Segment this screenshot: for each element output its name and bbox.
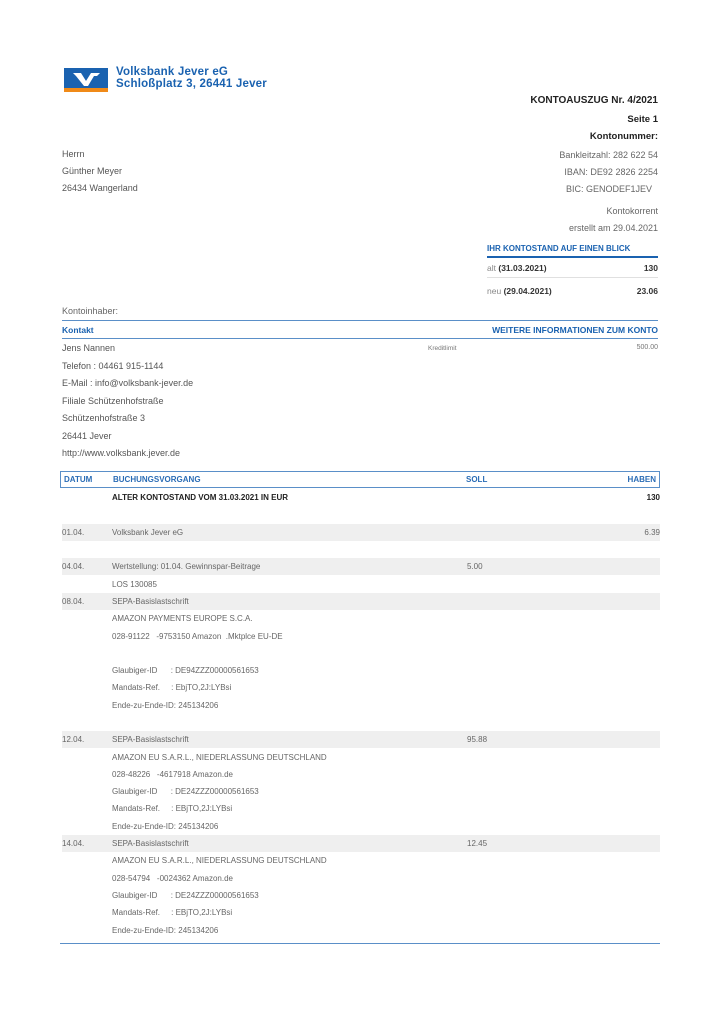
balance-overview-title: IHR KONTOSTAND AUF EINEN BLICK bbox=[487, 244, 658, 258]
account-number-label: Kontonummer: bbox=[590, 131, 658, 142]
row-debit: 95.88 bbox=[467, 735, 487, 744]
recipient-city: 26434 Wangerland bbox=[62, 180, 138, 197]
table-row: Ende-zu-Ende-ID: 245134206 bbox=[62, 921, 660, 938]
row-description: Glaubiger-ID : DE94ZZZ00000561653 bbox=[112, 666, 259, 675]
row-description: ALTER KONTOSTAND VOM 31.03.2021 IN EUR bbox=[112, 493, 288, 502]
table-row: Ende-zu-Ende-ID: 245134206 bbox=[62, 818, 660, 835]
row-description: Volksbank Jever eG bbox=[112, 528, 183, 537]
col-credit: HABEN bbox=[628, 475, 656, 484]
table-row bbox=[62, 645, 660, 662]
table-row: 028-48226 -4617918 Amazon.de bbox=[62, 766, 660, 783]
balance-overview: IHR KONTOSTAND AUF EINEN BLICK alt (31.0… bbox=[487, 244, 658, 300]
table-row: Glaubiger-ID : DE24ZZZ00000561653 bbox=[62, 783, 660, 800]
new-balance-date: (29.04.2021) bbox=[504, 286, 552, 296]
row-date: 01.04. bbox=[62, 528, 84, 537]
contact-website[interactable]: http://www.volksbank.jever.de bbox=[62, 445, 193, 463]
table-row: 028-91122 -9753150 Amazon .Mktplce EU-DE bbox=[62, 627, 660, 644]
credit-limit-value: 500.00 bbox=[637, 344, 658, 351]
table-row: 14.04.SEPA-Basislastschrift12.45 bbox=[62, 835, 660, 852]
contact-branch: Filiale Schützenhofstraße bbox=[62, 393, 193, 411]
old-balance-prefix: alt bbox=[487, 263, 496, 273]
row-description: Mandats-Ref. : EbjTO,2J:LYBsi bbox=[112, 683, 231, 692]
row-description: LOS 130085 bbox=[112, 580, 157, 589]
row-description: Wertstellung: 01.04. Gewinnspar-Beitrage bbox=[112, 562, 260, 571]
old-balance-date: (31.03.2021) bbox=[498, 263, 546, 273]
old-balance-value: 130 bbox=[644, 263, 658, 273]
volksbank-v-icon bbox=[64, 68, 108, 88]
more-info-label: WEITERE INFORMATIONEN ZUM KONTO bbox=[492, 325, 658, 335]
table-row: 04.04.Wertstellung: 01.04. Gewinnspar-Be… bbox=[62, 558, 660, 575]
row-description: 028-48226 -4617918 Amazon.de bbox=[112, 770, 233, 779]
recipient-name: Günther Meyer bbox=[62, 163, 138, 180]
row-date: 08.04. bbox=[62, 597, 84, 606]
new-balance-value: 23.06 bbox=[637, 286, 658, 296]
row-description: SEPA-Basislastschrift bbox=[112, 839, 189, 848]
table-row bbox=[62, 541, 660, 558]
table-row: Mandats-Ref. : EBjTO,2J:LYBsi bbox=[62, 904, 660, 921]
transactions-table-body: ALTER KONTOSTAND VOM 31.03.2021 IN EUR13… bbox=[62, 489, 660, 939]
table-row bbox=[62, 714, 660, 731]
new-balance-prefix: neu bbox=[487, 286, 501, 296]
row-description: Glaubiger-ID : DE24ZZZ00000561653 bbox=[112, 891, 259, 900]
contact-phone: Telefon : 04461 915-1144 bbox=[62, 358, 193, 376]
transactions-table-header: DATUM BUCHUNGSVORGANG SOLL HABEN bbox=[60, 471, 660, 488]
row-description: Ende-zu-Ende-ID: 245134206 bbox=[112, 822, 218, 831]
row-description: 028-54794 -0024362 Amazon.de bbox=[112, 874, 233, 883]
table-row: LOS 130085 bbox=[62, 575, 660, 592]
row-description: AMAZON EU S.A.R.L., NIEDERLASSUNG DEUTSC… bbox=[112, 753, 327, 762]
recipient-salutation: Herrn bbox=[62, 146, 138, 163]
row-description: SEPA-Basislastschrift bbox=[112, 597, 189, 606]
row-date: 04.04. bbox=[62, 562, 84, 571]
row-description: Mandats-Ref. : EBjTO,2J:LYBsi bbox=[112, 908, 232, 917]
col-date: DATUM bbox=[64, 475, 92, 484]
table-bottom-rule bbox=[60, 943, 660, 944]
bank-code: Bankleitzahl: 282 622 54 bbox=[559, 150, 658, 160]
contact-person: Jens Nannen bbox=[62, 340, 193, 358]
contact-email[interactable]: E-Mail : info@volksbank-jever.de bbox=[62, 375, 193, 393]
table-row: Mandats-Ref. : EbjTO,2J:LYBsi bbox=[62, 679, 660, 696]
row-credit: 130 bbox=[647, 493, 660, 502]
table-row: 01.04.Volksbank Jever eG6.39 bbox=[62, 524, 660, 541]
col-debit: SOLL bbox=[466, 475, 487, 484]
table-row: ALTER KONTOSTAND VOM 31.03.2021 IN EUR13… bbox=[62, 489, 660, 506]
row-debit: 12.45 bbox=[467, 839, 487, 848]
table-row: AMAZON PAYMENTS EUROPE S.C.A. bbox=[62, 610, 660, 627]
contact-street: Schützenhofstraße 3 bbox=[62, 410, 193, 428]
row-date: 14.04. bbox=[62, 839, 84, 848]
table-row: Glaubiger-ID : DE94ZZZ00000561653 bbox=[62, 662, 660, 679]
credit-limit-label: Kreditlimit bbox=[428, 345, 457, 352]
row-description: Glaubiger-ID : DE24ZZZ00000561653 bbox=[112, 787, 259, 796]
row-description: AMAZON PAYMENTS EUROPE S.C.A. bbox=[112, 614, 253, 623]
row-description: Mandats-Ref. : EBjTO,2J:LYBsi bbox=[112, 804, 232, 813]
table-row: 12.04.SEPA-Basislastschrift95.88 bbox=[62, 731, 660, 748]
bic: BIC: GENODEF1JEV bbox=[566, 184, 652, 194]
statement-title: KONTOAUSZUG Nr. 4/2021 bbox=[530, 95, 658, 106]
contact-details: Jens Nannen Telefon : 04461 915-1144 E-M… bbox=[62, 340, 193, 463]
new-balance-row: neu (29.04.2021) 23.06 bbox=[487, 281, 658, 300]
row-debit: 5.00 bbox=[467, 562, 483, 571]
bank-address: Schloßplatz 3, 26441 Jever bbox=[116, 78, 267, 90]
row-description: 028-91122 -9753150 Amazon .Mktplce EU-DE bbox=[112, 632, 283, 641]
col-description: BUCHUNGSVORGANG bbox=[113, 475, 201, 484]
account-holder-label: Kontoinhaber: bbox=[62, 306, 118, 316]
table-row: Ende-zu-Ende-ID: 245134206 bbox=[62, 697, 660, 714]
bank-header: Volksbank Jever eG Schloßplatz 3, 26441 … bbox=[116, 66, 267, 90]
row-description: SEPA-Basislastschrift bbox=[112, 735, 189, 744]
table-row bbox=[62, 506, 660, 523]
row-credit: 6.39 bbox=[644, 528, 660, 537]
row-date: 12.04. bbox=[62, 735, 84, 744]
table-row: Glaubiger-ID : DE24ZZZ00000561653 bbox=[62, 887, 660, 904]
bank-name: Volksbank Jever eG bbox=[116, 66, 267, 78]
table-row: AMAZON EU S.A.R.L., NIEDERLASSUNG DEUTSC… bbox=[62, 852, 660, 869]
created-date: erstellt am 29.04.2021 bbox=[569, 223, 658, 233]
recipient-address: Herrn Günther Meyer 26434 Wangerland bbox=[62, 146, 138, 197]
contact-label: Kontakt bbox=[62, 325, 94, 335]
contact-section-header: Kontakt WEITERE INFORMATIONEN ZUM KONTO bbox=[62, 320, 658, 339]
contact-city: 26441 Jever bbox=[62, 428, 193, 446]
bank-logo bbox=[64, 68, 108, 92]
table-row: 08.04.SEPA-Basislastschrift bbox=[62, 593, 660, 610]
row-description: Ende-zu-Ende-ID: 245134206 bbox=[112, 701, 218, 710]
account-type: Kontokorrent bbox=[606, 206, 658, 216]
page-number: Seite 1 bbox=[627, 114, 658, 125]
row-description: AMAZON EU S.A.R.L., NIEDERLASSUNG DEUTSC… bbox=[112, 856, 327, 865]
table-row: Mandats-Ref. : EBjTO,2J:LYBsi bbox=[62, 800, 660, 817]
row-description: Ende-zu-Ende-ID: 245134206 bbox=[112, 926, 218, 935]
table-row: 028-54794 -0024362 Amazon.de bbox=[62, 870, 660, 887]
table-row: AMAZON EU S.A.R.L., NIEDERLASSUNG DEUTSC… bbox=[62, 748, 660, 765]
iban: IBAN: DE92 2826 2254 bbox=[564, 167, 658, 177]
logo-orange-stripe bbox=[64, 88, 108, 92]
old-balance-row: alt (31.03.2021) 130 bbox=[487, 258, 658, 278]
